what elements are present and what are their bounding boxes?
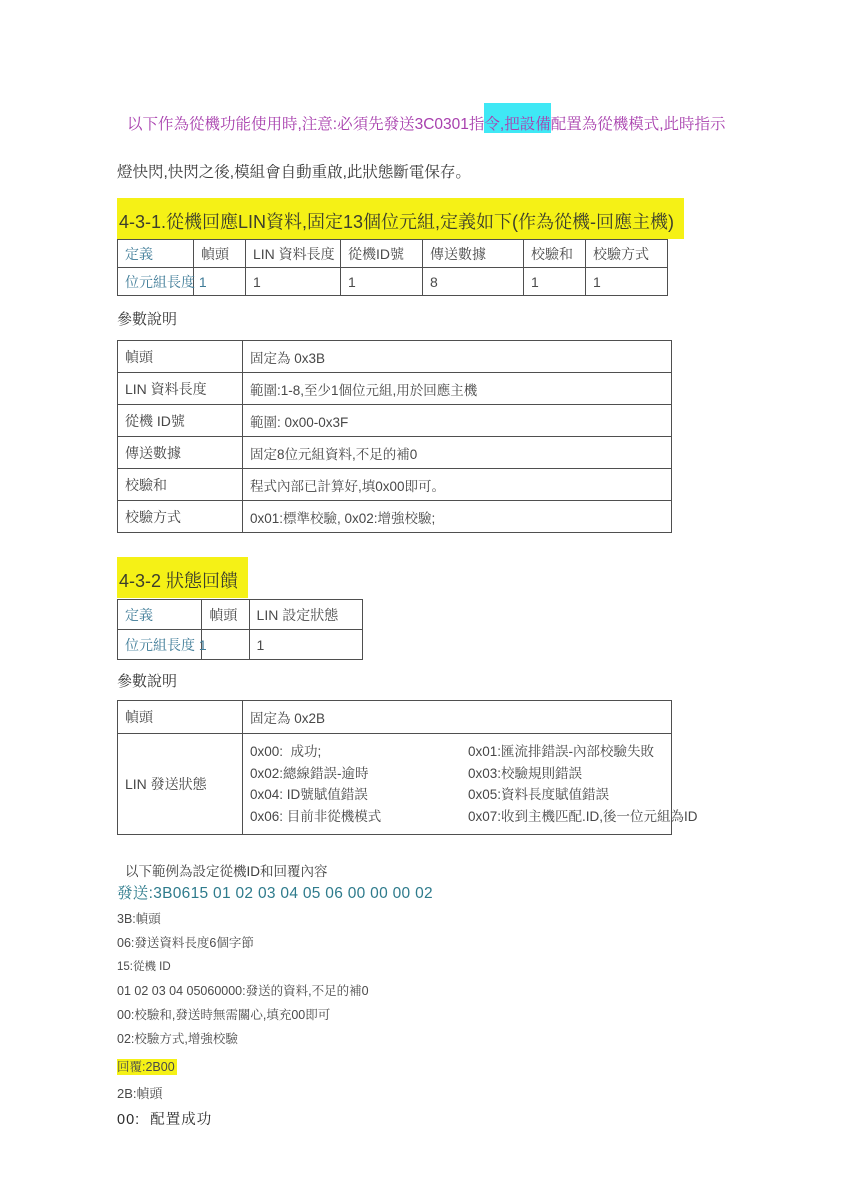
status-codes-grid: 0x00: 成功; 0x01:匯流排錯誤-內部校驗失敗 0x02:總線錯誤-逾時… <box>250 736 667 832</box>
table-row: 位元組長度 1 1 1 8 1 1 <box>118 268 668 296</box>
page-content: 以下作為從機功能使用時,注意:必須先發送3C0301指令,把設備配置為從機模式,… <box>117 0 757 1129</box>
reply-note: 00: 配置成功 <box>117 1111 757 1129</box>
status-code: 0x02:總線錯誤-逾時 <box>250 763 468 785</box>
header-cell: 校驗和 <box>524 240 586 268</box>
param-name-cell: 幀頭 <box>118 701 243 734</box>
param-table-431: 幀頭 固定為 0x3B LIN 資料長度 範圍:1-8,至少1個位元組,用於回應… <box>117 340 672 533</box>
status-codes-cell: 0x00: 成功; 0x01:匯流排錯誤-內部校驗失敗 0x02:總線錯誤-逾時… <box>243 734 672 835</box>
section-431-heading: 4-3-1.從機回應LIN資料,固定13個位元組,定義如下(作為從機-回應主機) <box>117 198 684 239</box>
send-note: 02:校驗方式,增強校驗 <box>117 1032 757 1047</box>
table-row: 幀頭 固定為 0x3B <box>118 341 672 373</box>
status-code: 0x03:校驗規則錯誤 <box>468 763 698 785</box>
param-table-432: 幀頭 固定為 0x2B LIN 發送狀態 0x00: 成功; 0x01:匯流排錯… <box>117 700 672 835</box>
status-row-label: LIN 發送狀態 <box>118 734 243 835</box>
status-code: 0x04: ID號賦值錯誤 <box>250 784 468 806</box>
definition-table-431: 定義 幀頭 LIN 資料長度 從機ID號 傳送數據 校驗和 校驗方式 位元組長度… <box>117 239 668 296</box>
param-desc-cell: 固定為 0x3B <box>243 341 672 373</box>
table-row: 校驗方式 0x01:標準校驗, 0x02:增強校驗; <box>118 501 672 533</box>
section-432-heading-wrap: 4-3-2 狀態回饋 <box>117 557 757 598</box>
header-cell: 定義 <box>118 600 202 630</box>
example-reply-line: 回覆:2B00 <box>117 1060 757 1075</box>
value-cell: 1 <box>249 630 362 660</box>
header-cell: 從機ID號 <box>341 240 423 268</box>
params-label-432: 參數說明 <box>117 672 757 692</box>
params-label-431: 參數說明 <box>117 310 757 330</box>
value-cell <box>202 630 249 660</box>
header-cell: 幀頭 <box>194 240 246 268</box>
param-desc-cell: 範圍:1-8,至少1個位元組,用於回應主機 <box>243 373 672 405</box>
param-name-cell: 校驗和 <box>118 469 243 501</box>
definition-table-432: 定義 幀頭 LIN 設定狀態 位元組長度 1 1 <box>117 599 363 660</box>
reply-highlighted-text: 回覆:2B00 <box>117 1059 177 1075</box>
value-cell: 1 <box>341 268 423 296</box>
document-page: 以下作為從機功能使用時,注意:必須先發送3C0301指令,把設備配置為從機模式,… <box>0 0 848 1200</box>
table-row: 位元組長度 1 1 <box>118 630 363 660</box>
send-note: 00:校驗和,發送時無需關心,填充00即可 <box>117 1008 757 1023</box>
param-name-cell: 校驗方式 <box>118 501 243 533</box>
param-desc-cell: 0x01:標準校驗, 0x02:增強校驗; <box>243 501 672 533</box>
param-desc-cell: 固定8位元組資料,不足的補0 <box>243 437 672 469</box>
reply-note: 2B:幀頭 <box>117 1086 757 1102</box>
table-row: 從機 ID號 範圍: 0x00-0x3F <box>118 405 672 437</box>
table-row: 校驗和 程式內部已計算好,填0x00即可。 <box>118 469 672 501</box>
param-desc-cell: 範圍: 0x00-0x3F <box>243 405 672 437</box>
table-header-row: 定義 幀頭 LIN 資料長度 從機ID號 傳送數據 校驗和 校驗方式 <box>118 240 668 268</box>
status-code: 0x06: 目前非從機模式 <box>250 806 468 828</box>
header-cell: 定義 <box>118 240 194 268</box>
value-cell: 1 <box>586 268 668 296</box>
section-432-heading: 4-3-2 狀態回饋 <box>117 557 248 598</box>
status-code: 0x01:匯流排錯誤-內部校驗失敗 <box>468 741 698 763</box>
status-code: 0x07:收到主機匹配.ID,後一位元組為ID <box>468 806 698 828</box>
status-code: 0x00: 成功; <box>250 741 468 763</box>
table-header-row: 定義 幀頭 LIN 設定狀態 <box>118 600 363 630</box>
byte-length-cell: 位元組長度 1 <box>118 630 202 660</box>
header-cell: 傳送數據 <box>423 240 524 268</box>
value-cell: 8 <box>423 268 524 296</box>
status-code: 0x05:資料長度賦值錯誤 <box>468 784 698 806</box>
value-cell: 1 <box>524 268 586 296</box>
param-name-cell: LIN 資料長度 <box>118 373 243 405</box>
table-row: 幀頭 固定為 0x2B <box>118 701 672 734</box>
intro-line-1-pre: 以下作為從機功能使用時,注意:必須先發送3C0301指 <box>127 116 484 133</box>
param-name-cell: 幀頭 <box>118 341 243 373</box>
example-intro: 以下範例為設定從機ID和回覆內容 <box>117 863 757 880</box>
intro-line-1: 以下作為從機功能使用時,注意:必須先發送3C0301指令,把設備配置為從機模式,… <box>127 112 757 138</box>
section-431-heading-wrap: 4-3-1.從機回應LIN資料,固定13個位元組,定義如下(作為從機-回應主機) <box>117 198 757 239</box>
cyan-highlighted-text: 令,把設備 <box>484 116 550 133</box>
param-desc-cell: 固定為 0x2B <box>243 701 672 734</box>
header-cell: 幀頭 <box>202 600 249 630</box>
example-send-line: 發送:3B0615 01 02 03 04 05 06 00 00 00 02 <box>117 884 757 903</box>
table-row: LIN 資料長度 範圍:1-8,至少1個位元組,用於回應主機 <box>118 373 672 405</box>
header-cell: LIN 設定狀態 <box>249 600 362 630</box>
intro-line-2: 燈快閃,快閃之後,模組會自動重啟,此狀態斷電保存。 <box>117 160 757 186</box>
send-note: 06:發送資料長度6個字節 <box>117 936 757 951</box>
header-cell: LIN 資料長度 <box>246 240 341 268</box>
intro-line-1-post: 配置為從機模式,此時指示 <box>551 116 726 133</box>
table-row: 傳送數據 固定8位元組資料,不足的補0 <box>118 437 672 469</box>
header-cell: 校驗方式 <box>586 240 668 268</box>
param-desc-cell: 程式內部已計算好,填0x00即可。 <box>243 469 672 501</box>
param-name-cell: 傳送數據 <box>118 437 243 469</box>
byte-length-cell: 位元組長度 1 <box>118 268 194 296</box>
table-row: LIN 發送狀態 0x00: 成功; 0x01:匯流排錯誤-內部校驗失敗 0x0… <box>118 734 672 835</box>
send-note: 01 02 03 04 05060000:發送的資料,不足的補0 <box>117 984 757 999</box>
send-note: 15:從機 ID <box>117 960 757 975</box>
value-cell: 1 <box>246 268 341 296</box>
send-note: 3B:幀頭 <box>117 912 757 927</box>
param-name-cell: 從機 ID號 <box>118 405 243 437</box>
